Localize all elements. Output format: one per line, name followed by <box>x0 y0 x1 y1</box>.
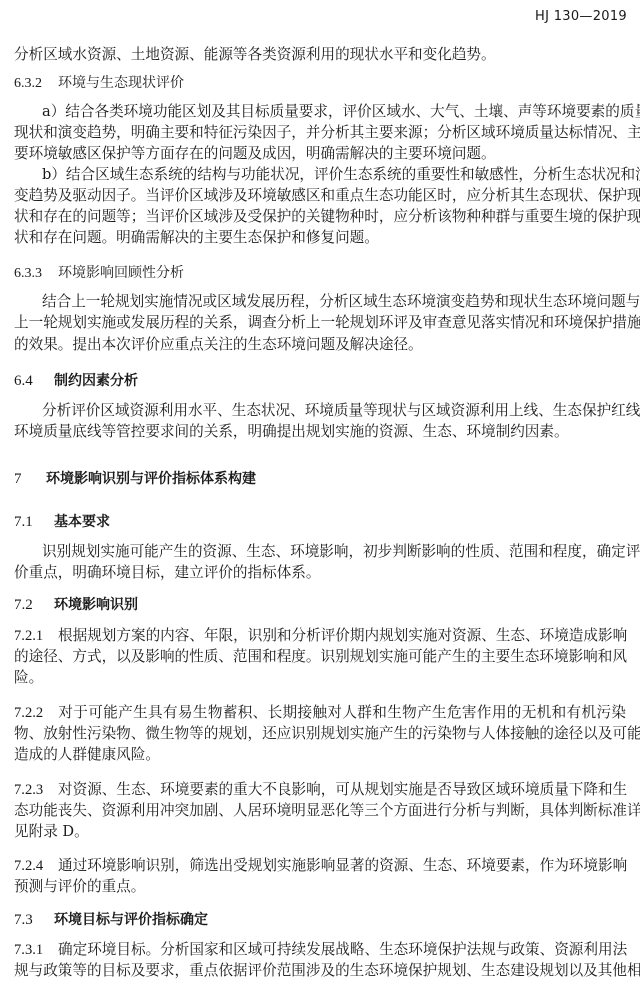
section-heading-6-3-2: 6.3.2环境与生态现状评价 <box>14 74 626 93</box>
paragraph-line: 识别规划实施可能产生的资源、生态、环境影响，初步判断影响的性质、范围和程度，确定… <box>42 543 626 561</box>
section-number: 6.3.2 <box>14 75 58 93</box>
clause-text: 对资源、生态、环境要素的重大不良影响，可从规划实施是否导致区域环境质量下降和生 <box>58 781 627 798</box>
paragraph-line: 态功能丧失、资源利用冲突加剧、人居环境明显恶化等三个方面进行分析与判断，具体判断… <box>14 802 626 820</box>
paragraph-line: 现状和演变趋势，明确主要和特征污染因子，并分析其主要来源；分析区域环境质量达标情… <box>14 124 626 142</box>
paragraph-line: 预测与评价的重点。 <box>14 878 626 896</box>
paragraph-line: 分析评价区域资源利用水平、生态状况、环境质量等现状与区域资源利用上线、生态保护红… <box>42 402 626 420</box>
section-title: 基本要求 <box>54 514 110 530</box>
section-title: 环境影响识别 <box>54 597 138 613</box>
section-number: 7.2 <box>14 596 54 614</box>
clause-7-2-1-line: 7.2.1根据规划方案的内容、年限，识别和分析评价期内规划实施对资源、生态、环境… <box>14 627 626 645</box>
section-title: 环境影响回顾性分析 <box>58 265 184 281</box>
section-heading-6-3-3: 6.3.3环境影响回顾性分析 <box>14 264 626 283</box>
section-title: 制约因素分析 <box>54 373 138 389</box>
section-title: 环境与生态现状评价 <box>58 75 184 91</box>
standard-code-header: HJ 130—2019 <box>535 9 627 24</box>
section-title: 环境目标与评价指标确定 <box>54 912 208 928</box>
chapter-heading-7: 7环境影响识别与评价指标体系构建 <box>14 470 626 488</box>
section-heading-7-1: 7.1基本要求 <box>14 513 626 531</box>
clause-number: 7.2.1 <box>14 627 58 645</box>
paragraph-line: 险。 <box>14 669 626 687</box>
paragraph-line: 规与政策等的目标及要求，重点依据评价范围涉及的生态环境保护规划、生态建设规划以及… <box>14 962 626 980</box>
clause-number: 7.3.1 <box>14 941 58 959</box>
paragraph-line: 结合上一轮规划实施情况或区域发展历程，分析区域生态环境演变趋势和现状生态环境问题… <box>42 293 626 311</box>
clause-number: 7.2.2 <box>14 704 58 722</box>
paragraph-line: 状和存在问题。明确需解决的主要生态保护和修复问题。 <box>14 229 626 247</box>
section-number: 6.3.3 <box>14 265 58 283</box>
clause-text: 根据规划方案的内容、年限，识别和分析评价期内规划实施对资源、生态、环境造成影响 <box>58 627 627 644</box>
clause-number: 7.2.4 <box>14 857 58 875</box>
paragraph-line: a）结合各类环境功能区划及其目标质量要求，评价区域水、大气、土壤、声等环境要素的… <box>42 103 626 121</box>
paragraph-line: 的途径、方式，以及影响的性质、范围和程度。识别规划实施可能产生的主要生态环境影响… <box>14 648 626 666</box>
paragraph-line: 分析区域水资源、土地资源、能源等各类资源利用的现状水平和变化趋势。 <box>14 46 626 64</box>
clause-7-2-3-line: 7.2.3对资源、生态、环境要素的重大不良影响，可从规划实施是否导致区域环境质量… <box>14 781 626 799</box>
clause-7-2-2-line: 7.2.2对于可能产生具有易生物蓄积、长期接触对人群和生物产生危害作用的无机和有… <box>14 704 626 722</box>
paragraph-line: 环境质量底线等管控要求间的关系，明确提出规划实施的资源、生态、环境制约因素。 <box>14 423 626 441</box>
clause-7-3-1-line: 7.3.1确定环境目标。分析国家和区域可持续发展战略、生态环境保护法规与政策、资… <box>14 941 626 959</box>
clause-number: 7.2.3 <box>14 781 58 799</box>
paragraph-line: b）结合区域生态系统的结构与功能状况，评价生态系统的重要性和敏感性，分析生态状况… <box>42 166 626 184</box>
clause-text: 通过环境影响识别，筛选出受规划实施影响显著的资源、生态、环境要素，作为环境影响 <box>58 857 627 874</box>
chapter-number: 7 <box>14 470 46 488</box>
paragraph-line: 变趋势及驱动因子。当评价区域涉及环境敏感区和重点生态功能区时，应分析其生态现状、… <box>14 187 626 205</box>
paragraph-line: 见附录 D。 <box>14 823 626 841</box>
section-heading-7-2: 7.2环境影响识别 <box>14 596 626 614</box>
section-number: 7.1 <box>14 513 54 531</box>
paragraph-line: 物、放射性污染物、微生物等的规划，还应识别规划实施产生的污染物与人体接触的途径以… <box>14 725 626 743</box>
paragraph-line: 价重点，明确环境目标，建立评价的指标体系。 <box>14 564 626 582</box>
chapter-title: 环境影响识别与评价指标体系构建 <box>46 471 256 487</box>
section-number: 7.3 <box>14 911 54 929</box>
clause-text: 确定环境目标。分析国家和区域可持续发展战略、生态环境保护法规与政策、资源利用法 <box>58 941 627 958</box>
section-number: 6.4 <box>14 372 54 390</box>
section-heading-7-3: 7.3环境目标与评价指标确定 <box>14 911 626 929</box>
paragraph-line: 状和存在的问题等；当评价区域涉及受保护的关键物种时，应分析该物种种群与重要生境的… <box>14 208 626 226</box>
section-heading-6-4: 6.4制约因素分析 <box>14 372 626 390</box>
clause-7-2-4-line: 7.2.4通过环境影响识别，筛选出受规划实施影响显著的资源、生态、环境要素，作为… <box>14 857 626 875</box>
clause-text: 对于可能产生具有易生物蓄积、长期接触对人群和生物产生危害作用的无机和有机污染 <box>58 704 626 721</box>
paragraph-line: 的效果。提出本次评价应重点关注的生态环境问题及解决途径。 <box>14 336 626 354</box>
paragraph-line: 要环境敏感区保护等方面存在的问题及成因，明确需解决的主要环境问题。 <box>14 145 626 163</box>
paragraph-line: 上一轮规划实施或发展历程的关系，调查分析上一轮规划环评及审查意见落实情况和环境保… <box>14 314 626 332</box>
paragraph-line: 造成的人群健康风险。 <box>14 746 626 764</box>
